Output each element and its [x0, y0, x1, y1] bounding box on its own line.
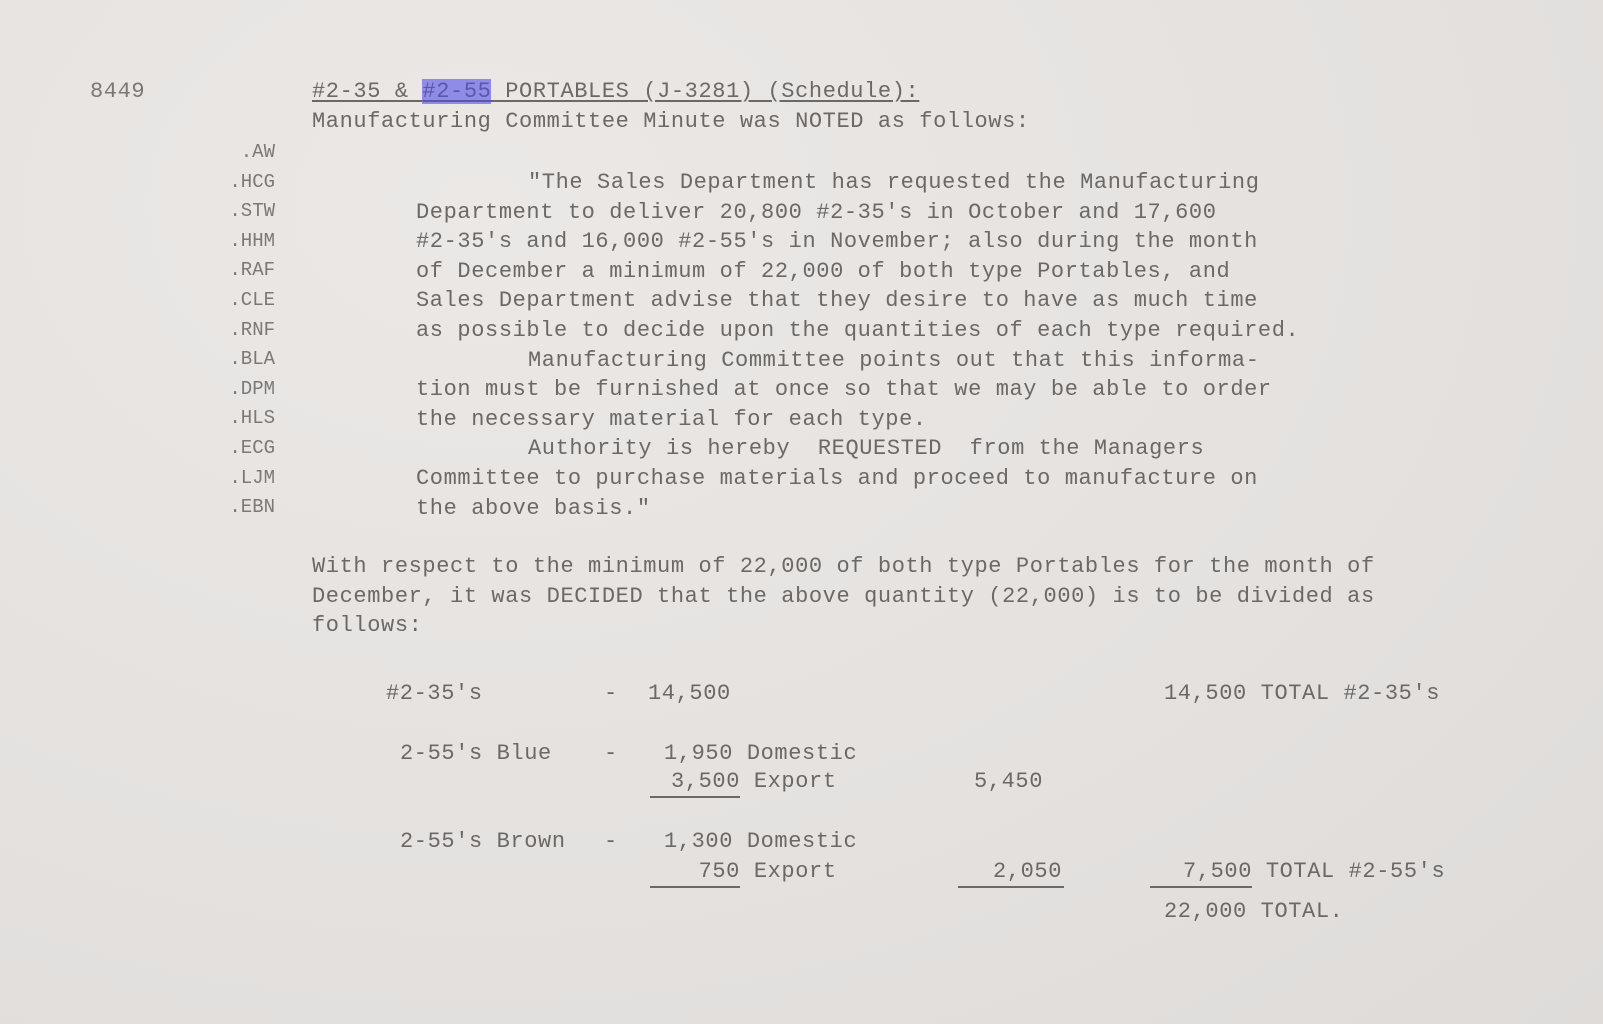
distribution-initial: .RAF	[205, 256, 275, 286]
quote-line: tion must be furnished at once so that w…	[416, 375, 1299, 405]
decision-paragraph: With respect to the minimum of 22,000 of…	[312, 552, 1375, 641]
quote-line: Manufacturing Committee points out that …	[416, 346, 1299, 376]
distribution-initial: .HLS	[205, 404, 275, 434]
minute-number: 8449	[90, 78, 145, 106]
quote-line: "The Sales Department has requested the …	[416, 168, 1299, 198]
row-dash: -	[604, 680, 618, 708]
distribution-initial: .CLE	[205, 286, 275, 316]
blue-export: 3,500 Export	[650, 768, 837, 798]
distribution-initial: .HHM	[205, 227, 275, 257]
decision-line: With respect to the minimum of 22,000 of…	[312, 552, 1375, 582]
quote-line: Sales Department advise that they desire…	[416, 286, 1299, 316]
quote-line: the above basis."	[416, 494, 1299, 524]
distribution-initial: .DPM	[205, 375, 275, 405]
brown-subtotal: 2,050	[958, 858, 1064, 888]
quote-line: Authority is hereby REQUESTED from the M…	[416, 434, 1299, 464]
heading-highlighted-text: #2-55	[422, 79, 491, 104]
distribution-initial: .ECG	[205, 434, 275, 464]
row-dash: -	[604, 740, 618, 768]
brown-export: 750 Export	[650, 858, 837, 888]
distribution-initial: .HCG	[205, 168, 275, 198]
subheading: Manufacturing Committee Minute was NOTED…	[312, 108, 1030, 136]
row-dash: -	[604, 828, 618, 856]
total-2-35: 14,500 TOTAL #2-35's	[1164, 680, 1440, 708]
decision-line: follows:	[312, 611, 1375, 641]
heading-prefix: #2-35 &	[312, 79, 422, 104]
distribution-initial: .BLA	[205, 345, 275, 375]
quote-line: of December a minimum of 22,000 of both …	[416, 257, 1299, 287]
quote-line: Department to deliver 20,800 #2-35's in …	[416, 198, 1299, 228]
distribution-initial: .STW	[205, 197, 275, 227]
decision-line: December, it was DECIDED that the above …	[312, 582, 1375, 612]
grand-total: 22,000 TOTAL.	[1164, 898, 1343, 926]
blue-subtotal: 5,450	[974, 768, 1043, 796]
row-label-blue: 2-55's Blue	[400, 740, 552, 768]
heading-suffix: PORTABLES (J-3281) (Schedule):	[491, 79, 919, 104]
row-label-brown: 2-55's Brown	[400, 828, 566, 856]
distribution-initial: .AW	[205, 138, 275, 168]
distribution-initials-list: .AW.HCG.STW.HHM.RAF.CLE.RNF.BLA.DPM.HLS.…	[205, 138, 275, 523]
blue-domestic: 1,950 Domestic	[664, 740, 857, 768]
quote-line: the necessary material for each type.	[416, 405, 1299, 435]
qty-2-35: 14,500	[648, 680, 731, 708]
minute-heading: #2-35 & #2-55 PORTABLES (J-3281) (Schedu…	[312, 78, 919, 106]
quoted-minute: "The Sales Department has requested the …	[416, 168, 1299, 523]
distribution-initial: .RNF	[205, 316, 275, 346]
quote-line: Committee to purchase materials and proc…	[416, 464, 1299, 494]
total-2-55: 7,500 TOTAL #2-55's	[1150, 858, 1445, 888]
quote-line: #2-35's and 16,000 #2-55's in November; …	[416, 227, 1299, 257]
distribution-initial: .EBN	[205, 493, 275, 523]
quote-line: as possible to decide upon the quantitie…	[416, 316, 1299, 346]
row-label-2-35: #2-35's	[386, 680, 483, 708]
distribution-initial: .LJM	[205, 464, 275, 494]
brown-domestic: 1,300 Domestic	[664, 828, 857, 856]
